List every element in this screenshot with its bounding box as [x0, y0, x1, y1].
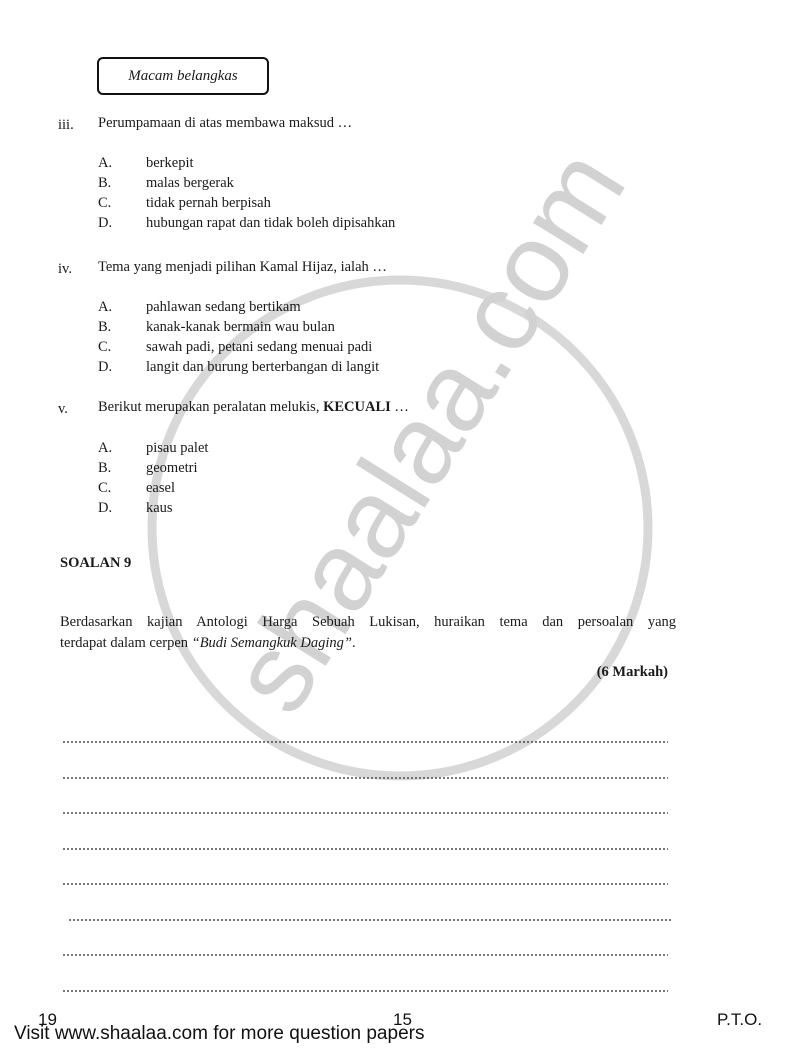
option-text: malas bergerak: [146, 175, 234, 192]
option-letter: C.: [98, 195, 111, 212]
option-text: pisau palet: [146, 440, 208, 457]
boxed-title-text: Macam belangkas: [128, 68, 238, 85]
question-text-ellipsis: …: [394, 399, 409, 415]
option-letter: A.: [98, 440, 112, 457]
question-text-emphasis: KECUALI: [323, 399, 391, 415]
answer-line[interactable]: [68, 919, 672, 921]
paragraph-line-1: Berdasarkan kajian Antologi Harga Sebuah…: [60, 612, 676, 633]
option-letter: B.: [98, 460, 111, 477]
paragraph-line-2: terdapat dalam cerpen “Budi Semangkuk Da…: [60, 635, 356, 651]
section-title: SOALAN 9: [60, 555, 131, 572]
option-text: pahlawan sedang bertikam: [146, 299, 301, 316]
option-letter: B.: [98, 319, 111, 336]
question-number: v.: [58, 401, 68, 418]
question-paragraph: Berdasarkan kajian Antologi Harga Sebuah…: [60, 612, 676, 654]
option-text: sawah padi, petani sedang menuai padi: [146, 339, 372, 356]
question-text-main: Berikut merupakan peralatan melukis,: [98, 399, 319, 415]
option-letter: C.: [98, 480, 111, 497]
answer-line[interactable]: [62, 848, 668, 850]
answer-line[interactable]: [62, 954, 668, 956]
option-letter: C.: [98, 339, 111, 356]
option-text: langit dan burung berterbangan di langit: [146, 359, 379, 376]
answer-line[interactable]: [62, 812, 668, 814]
answer-line[interactable]: [62, 741, 668, 743]
marks-label: (6 Markah): [597, 664, 668, 681]
option-text: berkepit: [146, 155, 194, 172]
option-letter: B.: [98, 175, 111, 192]
answer-line[interactable]: [62, 990, 668, 992]
option-letter: D.: [98, 500, 112, 517]
option-text: geometri: [146, 460, 198, 477]
story-title: “Budi Semangkuk Daging”: [192, 635, 352, 651]
option-text: hubungan rapat dan tidak boleh dipisahka…: [146, 215, 395, 232]
paragraph-line-2-suffix: .: [352, 635, 356, 651]
option-text: kanak-kanak bermain wau bulan: [146, 319, 335, 336]
boxed-title: Macam belangkas: [97, 57, 269, 95]
question-text: Berikut merupakan peralatan melukis, KEC…: [98, 399, 409, 416]
option-letter: A.: [98, 155, 112, 172]
visit-link[interactable]: Visit www.shaalaa.com for more question …: [14, 1023, 424, 1045]
option-letter: D.: [98, 215, 112, 232]
option-text: tidak pernah berpisah: [146, 195, 271, 212]
option-letter: D.: [98, 359, 112, 376]
option-letter: A.: [98, 299, 112, 316]
question-text: Tema yang menjadi pilihan Kamal Hijaz, i…: [98, 259, 387, 276]
option-text: kaus: [146, 500, 173, 517]
answer-line[interactable]: [62, 883, 668, 885]
option-text: easel: [146, 480, 175, 497]
exam-page: shaalaa.com Macam belangkas iii. Perumpa…: [0, 0, 800, 1060]
answer-line[interactable]: [62, 777, 668, 779]
question-number: iv.: [58, 261, 72, 278]
question-text: Perumpamaan di atas membawa maksud …: [98, 115, 352, 132]
paragraph-line-2-prefix: terdapat dalam cerpen: [60, 635, 192, 651]
pto-label: P.T.O.: [717, 1010, 762, 1030]
question-number: iii.: [58, 117, 74, 134]
